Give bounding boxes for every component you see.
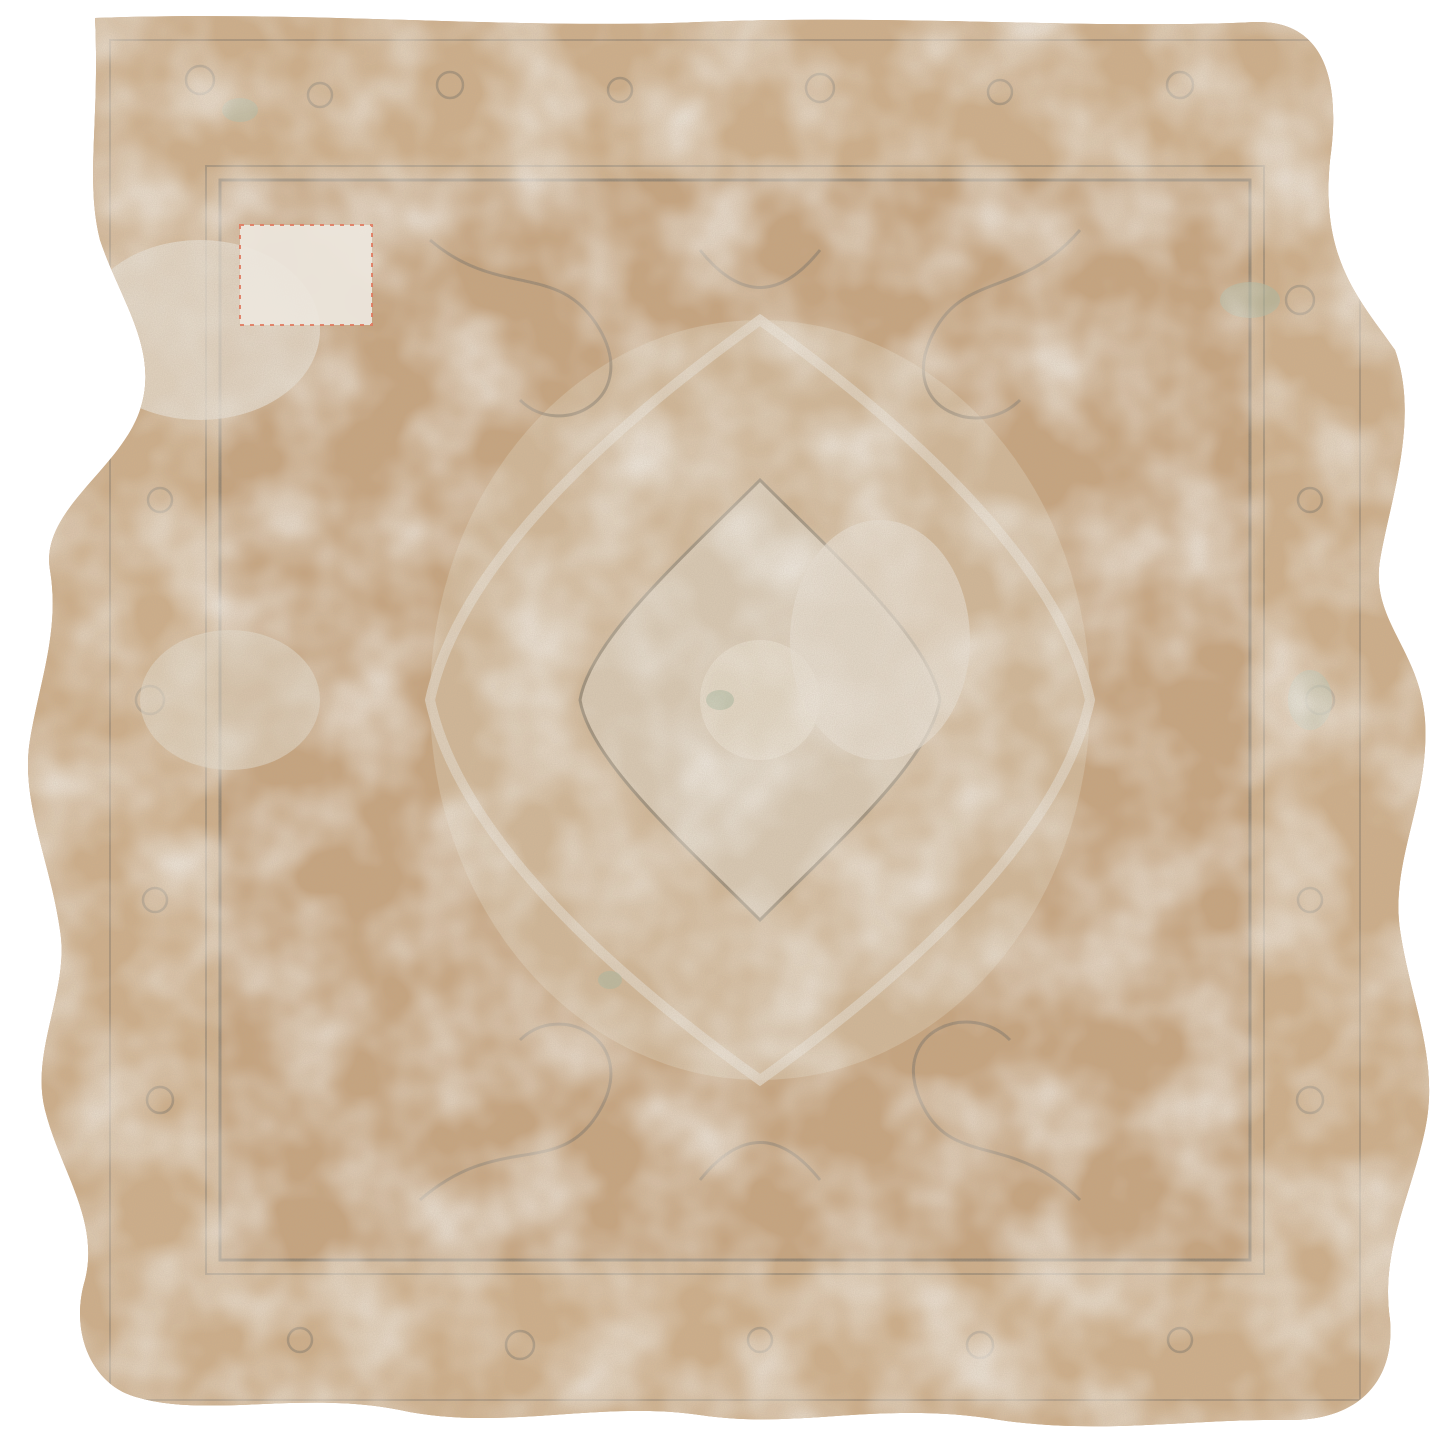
weave-texture bbox=[0, 0, 1441, 1441]
rug-illustration bbox=[0, 0, 1441, 1441]
rug-photo bbox=[0, 0, 1441, 1441]
repair-patch bbox=[240, 225, 372, 325]
